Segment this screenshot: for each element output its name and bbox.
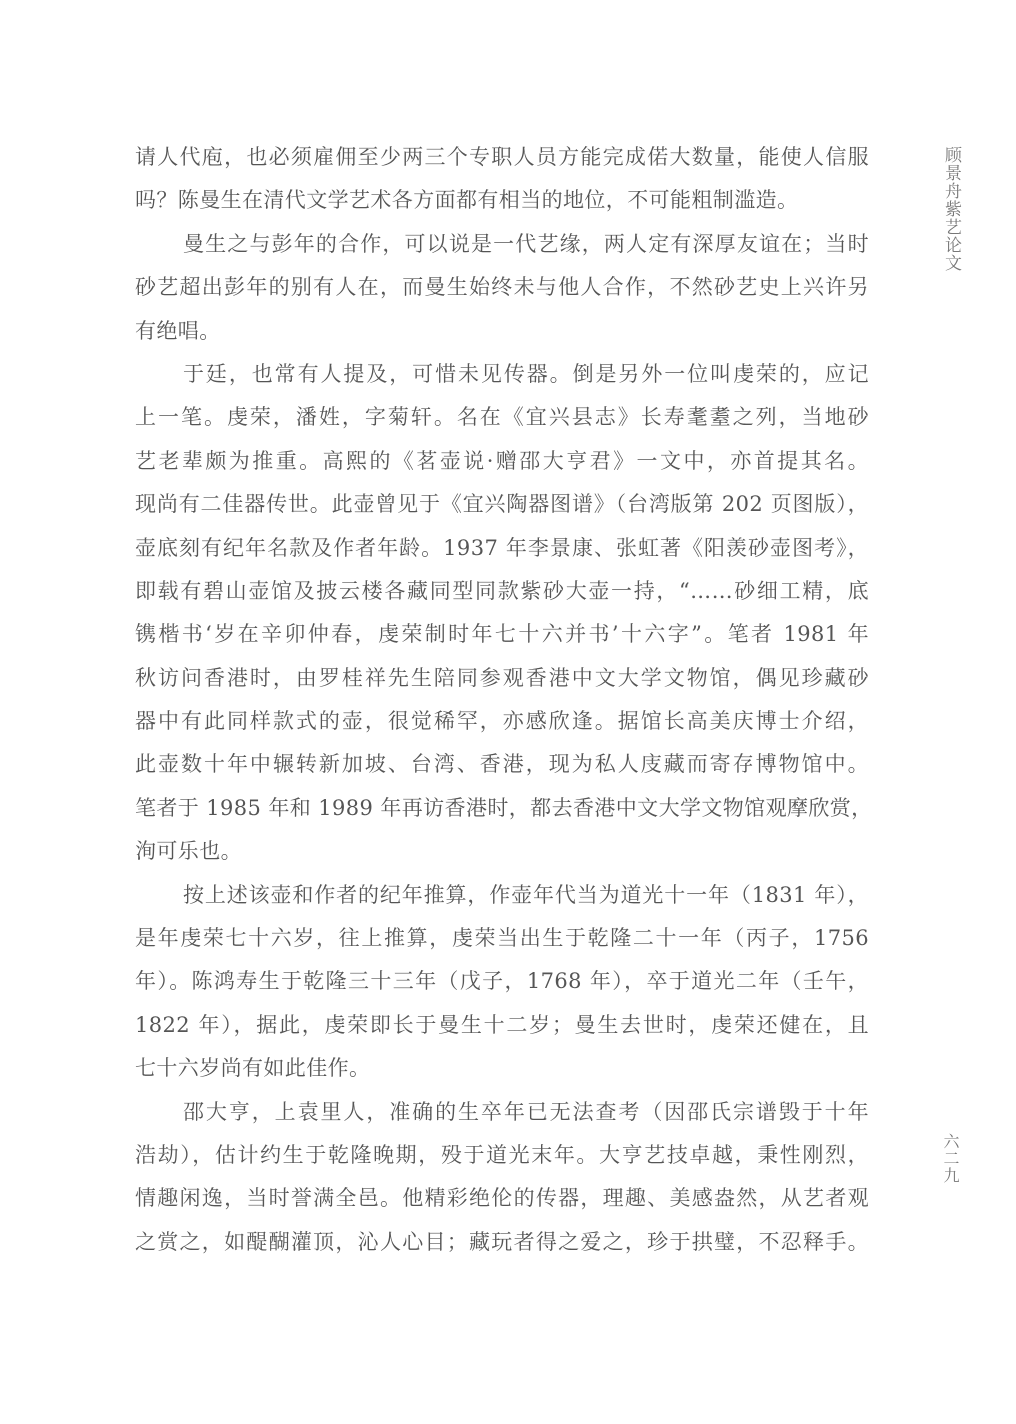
text-line: 曼生之与彭年的合作，可以说是一代艺缘，两人定有深厚友谊在；当时 — [135, 223, 869, 266]
text-line: 吗？陈曼生在清代文学艺术各方面都有相当的地位，不可能粗制滥造。 — [135, 179, 869, 222]
text-line: 现尚有二佳器传世。此壶曾见于《宜兴陶器图谱》（台湾版第 202 页图版）， — [135, 483, 869, 526]
text-line: 笔者于 1985 年和 1989 年再访香港时，都去香港中文大学文物馆观摩欣赏， — [135, 787, 869, 830]
body-text: 请人代庖，也必须雇佣至少两三个专职人员方能完成偌大数量，能使人信服 吗？陈曼生在… — [135, 136, 869, 1264]
text-line: 情趣闲逸，当时誉满全邑。他精彩绝伦的传器，理趣、美感盎然，从艺者观 — [135, 1177, 869, 1220]
text-line: 请人代庖，也必须雇佣至少两三个专职人员方能完成偌大数量，能使人信服 — [135, 136, 869, 179]
text-line: 镌楷书‘岁在辛卯仲春，虔荣制时年七十六并书’十六字”。笔者 1981 年 — [135, 613, 869, 656]
text-line: 浩劫），估计约生于乾隆晚期，殁于道光末年。大亨艺技卓越，秉性刚烈， — [135, 1134, 869, 1177]
text-line: 壶底刻有纪年名款及作者年龄。1937 年李景康、张虹著《阳羡砂壶图考》， — [135, 527, 869, 570]
text-line: 艺老辈颇为推重。高熙的《茗壶说·赠邵大亨君》一文中，亦首提其名。 — [135, 440, 869, 483]
text-line: 1822 年），据此，虔荣即长于曼生十二岁；曼生去世时，虔荣还健在，且 — [135, 1004, 869, 1047]
text-line: 此壶数十年中辗转新加坡、台湾、香港，现为私人庋藏而寄存博物馆中。 — [135, 743, 869, 786]
text-line: 即载有碧山壶馆及披云楼各藏同型同款紫砂大壶一持，“……砂细工精，底 — [135, 570, 869, 613]
text-line: 上一笔。虔荣，潘姓，字菊轩。名在《宜兴县志》长寿耄耋之列，当地砂 — [135, 396, 869, 439]
text-line: 洵可乐也。 — [135, 830, 869, 873]
text-line: 于廷，也常有人提及，可惜未见传器。倒是另外一位叫虔荣的，应记 — [135, 353, 869, 396]
text-line: 按上述该壶和作者的纪年推算，作壶年代当为道光十一年（1831 年）， — [135, 874, 869, 917]
book-page: 请人代庖，也必须雇佣至少两三个专职人员方能完成偌大数量，能使人信服 吗？陈曼生在… — [0, 0, 1016, 1424]
text-line: 秋访问香港时，由罗桂祥先生陪同参观香港中文大学文物馆，偶见珍藏砂 — [135, 657, 869, 700]
text-line: 有绝唱。 — [135, 310, 869, 353]
text-line: 七十六岁尚有如此佳作。 — [135, 1047, 869, 1090]
text-line: 砂艺超出彭年的别有人在，而曼生始终未与他人合作，不然砂艺史上兴许另 — [135, 266, 869, 309]
text-line: 器中有此同样款式的壶，很觉稀罕，亦感欣逢。据馆长高美庆博士介绍， — [135, 700, 869, 743]
running-title: 顾景舟紫艺论文 — [937, 146, 961, 272]
text-line: 年）。陈鸿寿生于乾隆三十三年（戊子，1768 年），卒于道光二年（壬午， — [135, 960, 869, 1003]
text-line: 邵大亨，上袁里人，准确的生卒年已无法查考（因邵氏宗谱毁于十年 — [135, 1091, 869, 1134]
text-line: 之赏之，如醍醐灌顶，沁人心目；藏玩者得之爱之，珍于拱璧，不忍释手。 — [135, 1221, 869, 1264]
page-number: 六二九 — [937, 1133, 961, 1184]
text-line: 是年虔荣七十六岁，往上推算，虔荣当出生于乾隆二十一年（丙子，1756 — [135, 917, 869, 960]
